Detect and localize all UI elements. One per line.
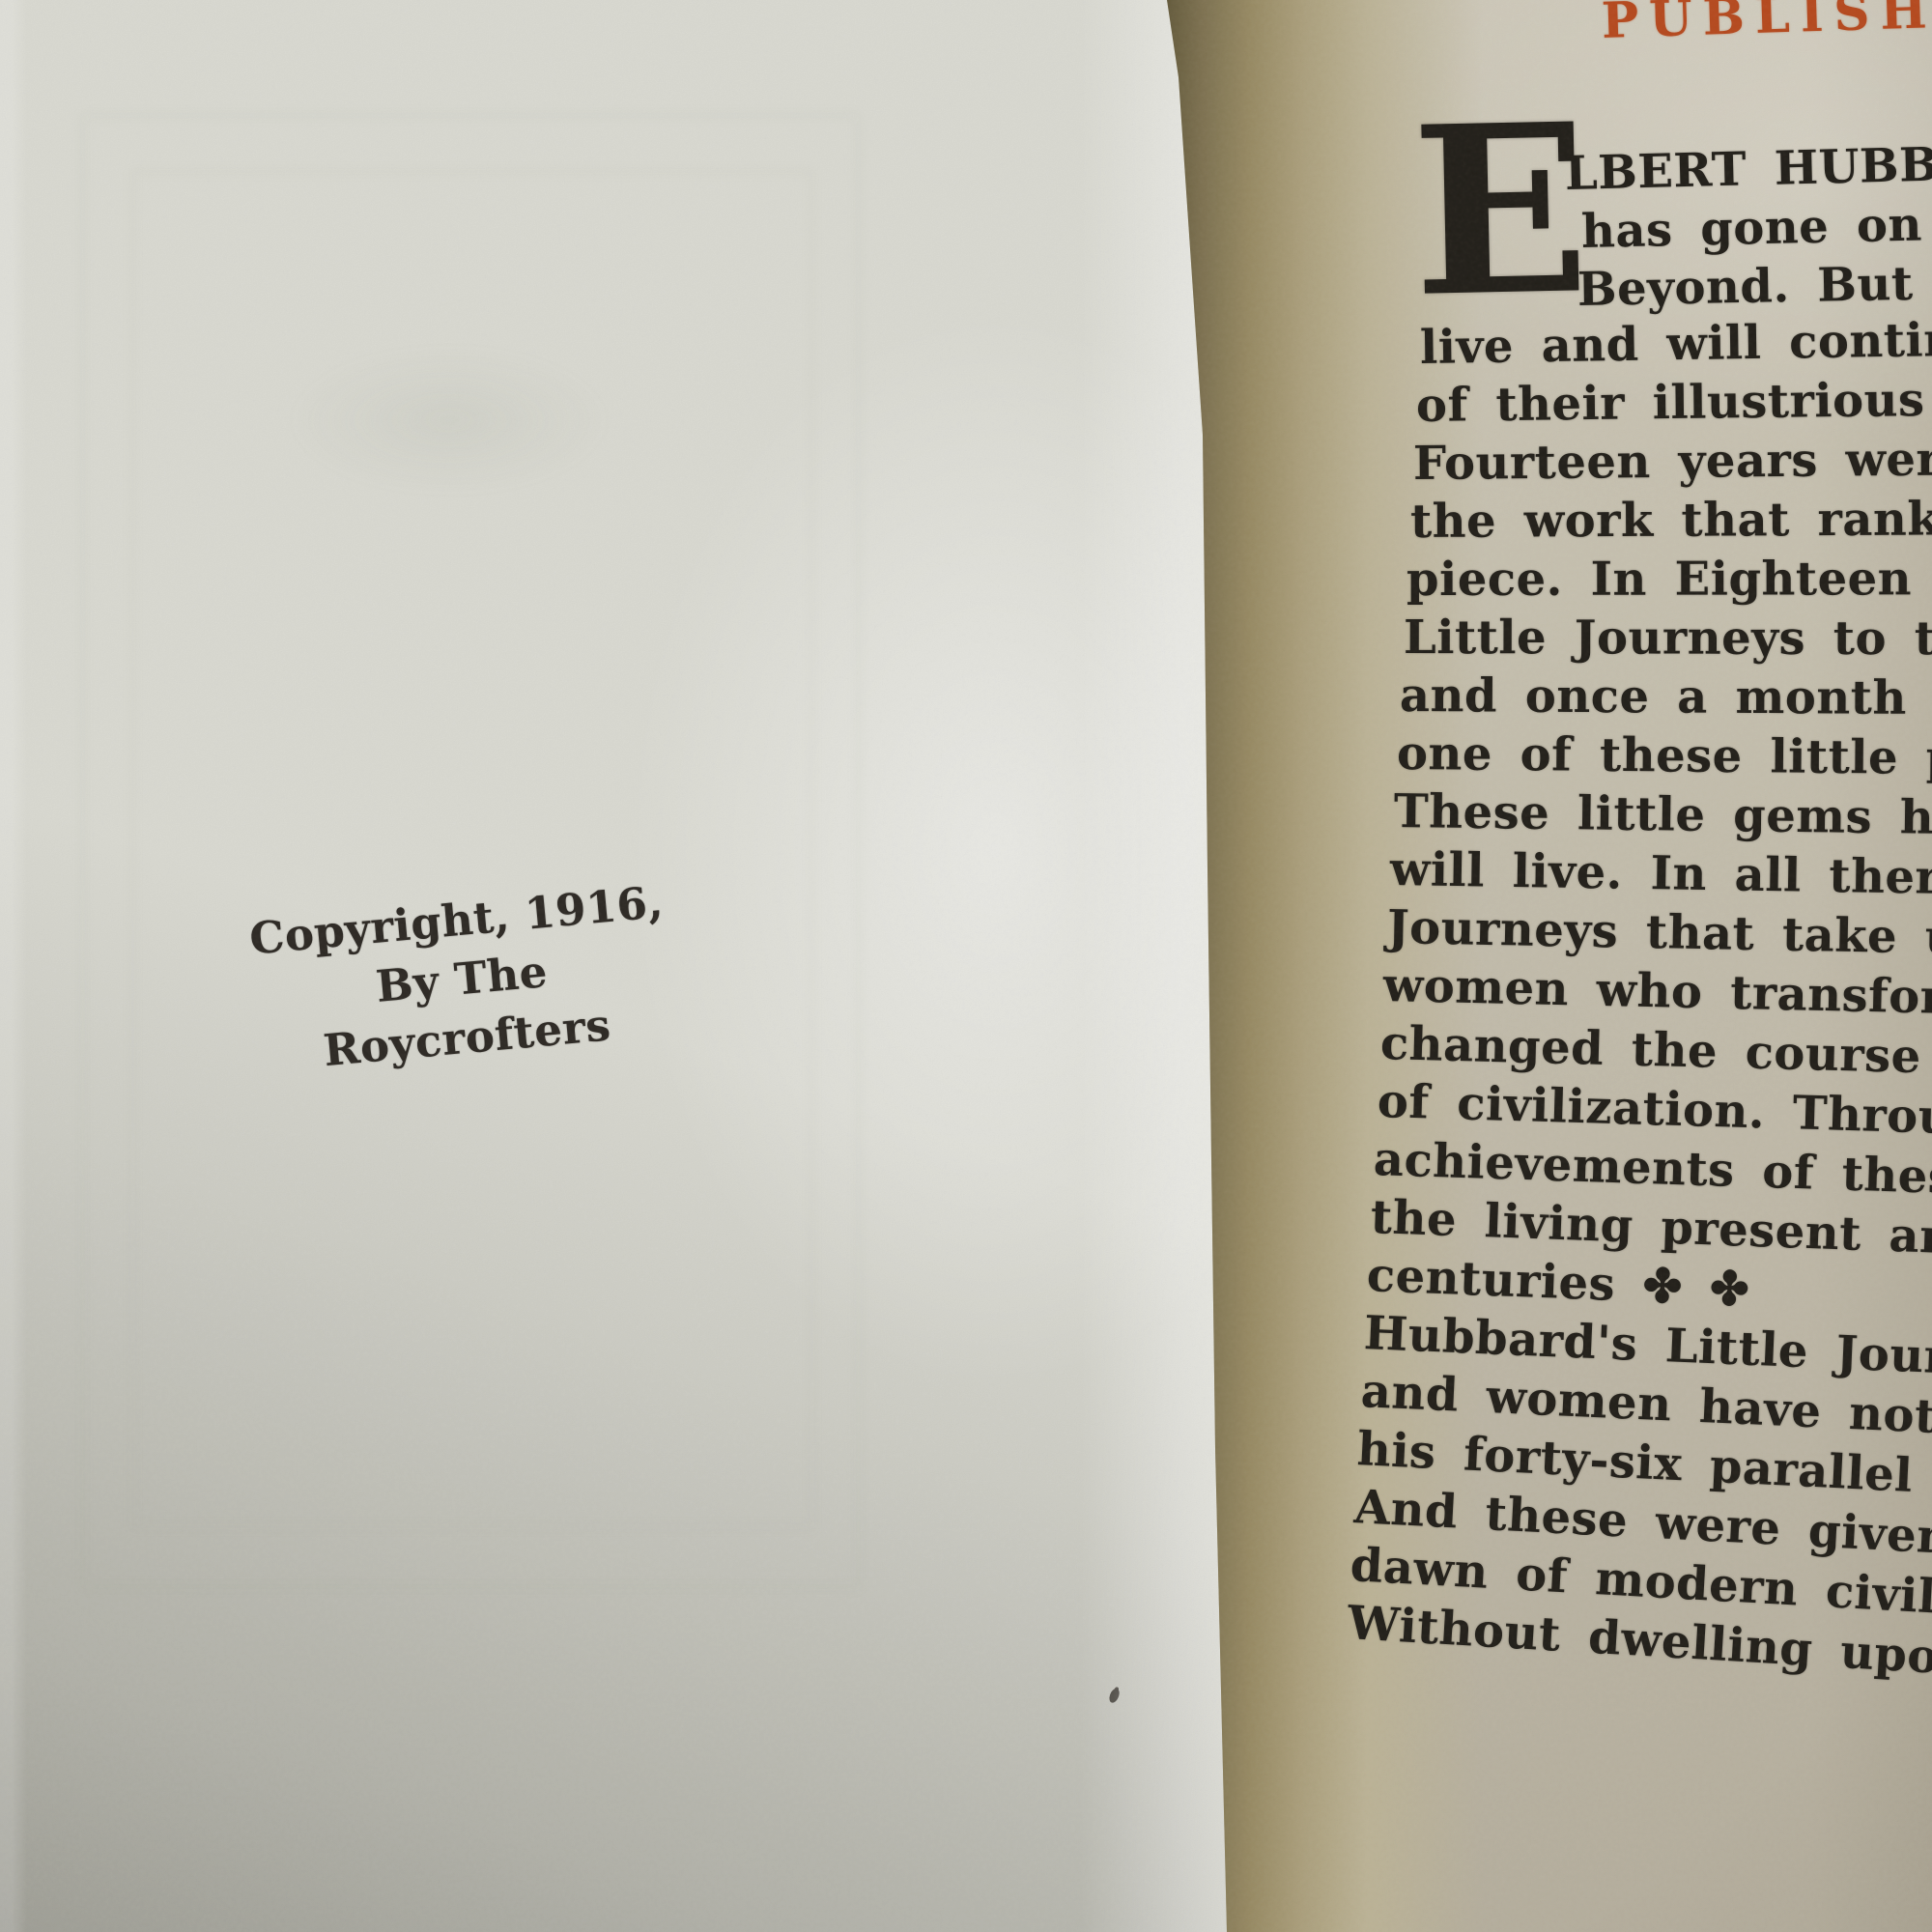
body-text-block: LBERT HUBBhas gone on hiBeyond. But thli…	[1430, 145, 1932, 1652]
left-page: Copyright, 1916, By The Roycrofters	[0, 0, 1227, 1932]
running-header: PUBLISH	[1601, 0, 1932, 50]
text-line: piece. In Eighteen Hu	[1406, 550, 1932, 609]
text-line: one of these little pilg	[1397, 724, 1932, 790]
text-line: Fourteen years were	[1413, 428, 1932, 493]
right-page: PUBLISH E LBERT HUBBhas gone on hiBeyond…	[1159, 0, 1932, 1932]
text-line: live and will continue	[1419, 306, 1932, 377]
text-line: Little Journeys to the	[1404, 609, 1932, 668]
text-line: LBERT HUBB	[1564, 127, 1932, 203]
text-line: of their illustrious for	[1416, 367, 1932, 435]
showthrough-smudge	[290, 348, 609, 493]
text-line: the work that ranks to	[1409, 489, 1932, 551]
text-line: and once a month for	[1400, 667, 1932, 729]
book-photo: Copyright, 1916, By The Roycrofters PUBL…	[0, 0, 1932, 1932]
